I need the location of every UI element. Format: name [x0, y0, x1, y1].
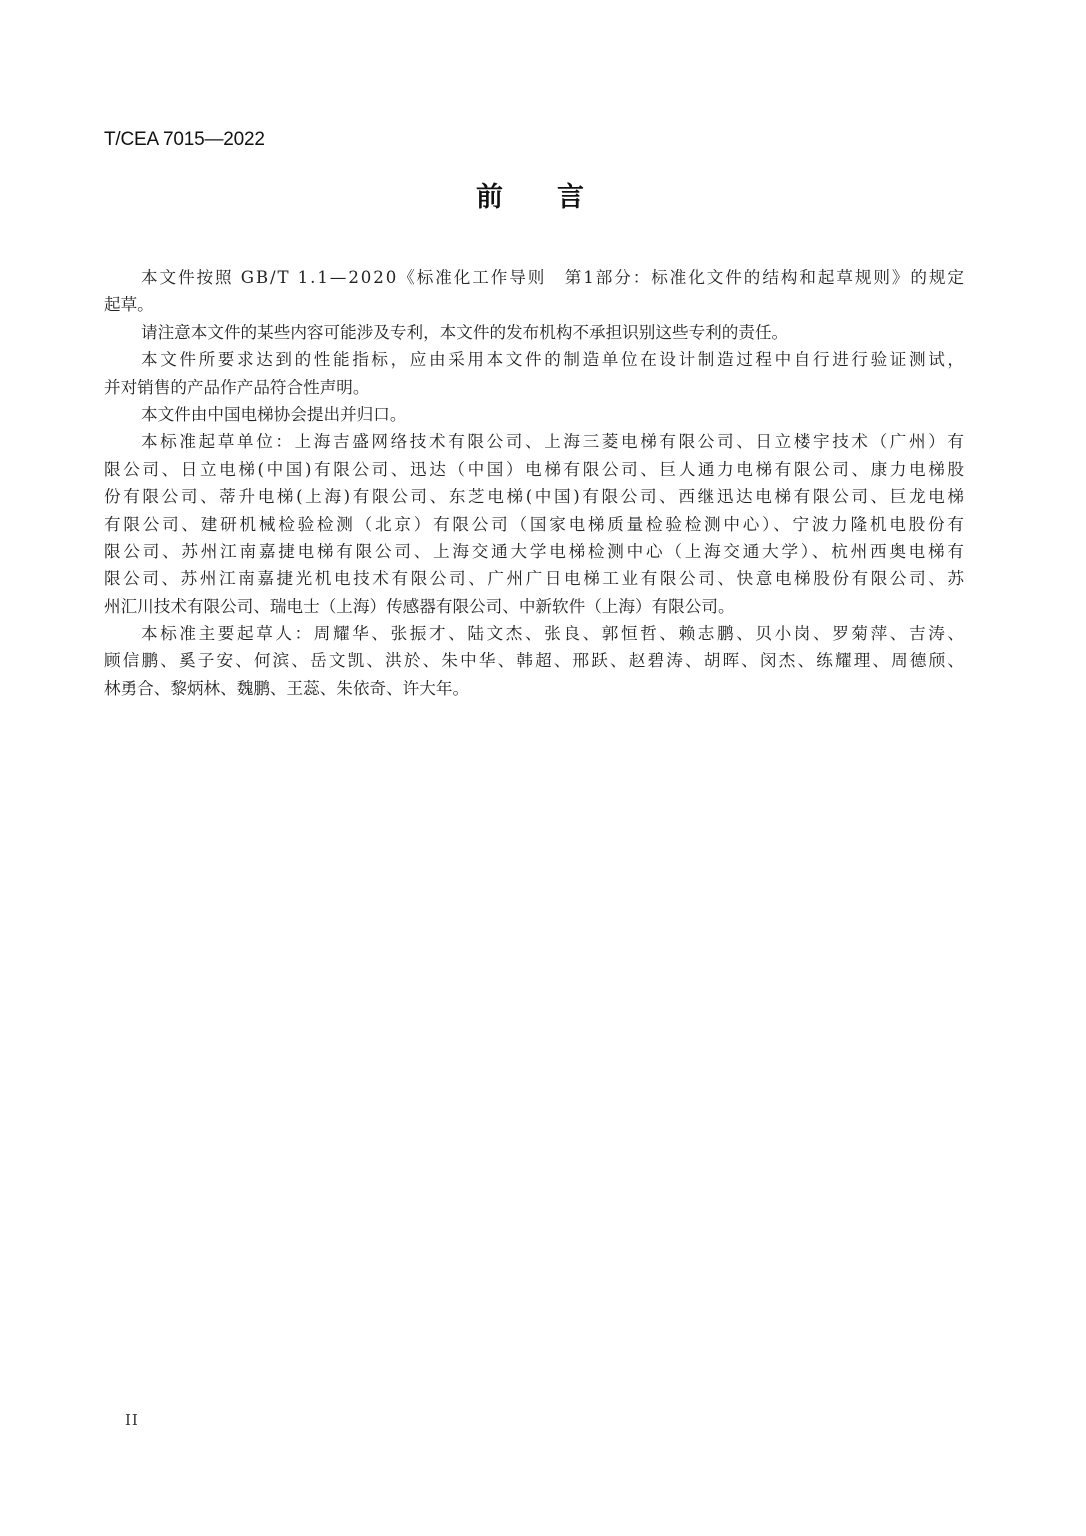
line-text: 起草。: [104, 291, 154, 318]
line-text: 本文件所要求达到的性能指标，应由采用本文件的制造单位在设计制造过程中自行进行验证…: [141, 346, 967, 373]
text-line: 本文件由中国电梯协会提出并归口。: [104, 401, 964, 428]
line-text: 请注意本文件的某些内容可能涉及专利，本文件的发布机构不承担识别这些专利的责任。: [141, 319, 788, 346]
text-line: 限公司、苏州江南嘉捷光机电技术有限公司、广州广日电梯工业有限公司、快意电梯股份有…: [104, 565, 964, 592]
text-line: 有限公司、建研机械检验检测（北京）有限公司（国家电梯质量检验检测中心）、宁波力隆…: [104, 511, 964, 538]
text-line: 份有限公司、蒂升电梯(上海)有限公司、东芝电梯(中国)有限公司、西继迅达电梯有限…: [104, 483, 964, 510]
line-text: 本文件按照 GB/T 1.1—2020《标准化工作导则 第1部分：标准化文件的结…: [141, 264, 966, 291]
line-text: 限公司、苏州江南嘉捷电梯有限公司、上海交通大学电梯检测中心（上海交通大学）、杭州…: [104, 538, 967, 565]
text-line: 林勇合、黎炳林、魏鹏、王蕊、朱依奇、许大年。: [104, 675, 964, 702]
paragraph-proposer: 本文件由中国电梯协会提出并归口。: [104, 401, 964, 428]
line-text: 限公司、苏州江南嘉捷光机电技术有限公司、广州广日电梯工业有限公司、快意电梯股份有…: [104, 565, 967, 592]
line-text: 份有限公司、蒂升电梯(上海)有限公司、东芝电梯(中国)有限公司、西继迅达电梯有限…: [104, 483, 967, 510]
paragraph-drafting-basis: 本文件按照 GB/T 1.1—2020《标准化工作导则 第1部分：标准化文件的结…: [104, 264, 964, 319]
text-line: 本文件按照 GB/T 1.1—2020《标准化工作导则 第1部分：标准化文件的结…: [104, 264, 964, 291]
line-text: 本文件由中国电梯协会提出并归口。: [141, 401, 407, 428]
text-line: 请注意本文件的某些内容可能涉及专利，本文件的发布机构不承担识别这些专利的责任。: [104, 319, 964, 346]
text-line: 限公司、苏州江南嘉捷电梯有限公司、上海交通大学电梯检测中心（上海交通大学）、杭州…: [104, 538, 964, 565]
line-text: 州汇川技术有限公司、瑞电士（上海）传感器有限公司、中新软件（上海）有限公司。: [104, 593, 735, 620]
line-text: 本标准起草单位：上海吉盛网络技术有限公司、上海三菱电梯有限公司、日立楼宇技术（广…: [141, 428, 967, 455]
foreword-body: 本文件按照 GB/T 1.1—2020《标准化工作导则 第1部分：标准化文件的结…: [104, 264, 964, 702]
line-text: 并对销售的产品作产品符合性声明。: [104, 374, 370, 401]
text-line: 本文件所要求达到的性能指标，应由采用本文件的制造单位在设计制造过程中自行进行验证…: [104, 346, 964, 373]
text-line: 限公司、日立电梯(中国)有限公司、迅达（中国）电梯有限公司、巨人通力电梯有限公司…: [104, 456, 964, 483]
standard-code: T/CEA 7015—2022: [104, 129, 265, 151]
document-page: T/CEA 7015—2022 前 言 本文件按照 GB/T 1.1—2020《…: [0, 0, 1086, 1536]
page-title: 前 言: [0, 175, 1060, 214]
text-line: 本标准起草单位：上海吉盛网络技术有限公司、上海三菱电梯有限公司、日立楼宇技术（广…: [104, 428, 964, 455]
paragraph-patent-notice: 请注意本文件的某些内容可能涉及专利，本文件的发布机构不承担识别这些专利的责任。: [104, 319, 964, 346]
line-text: 有限公司、建研机械检验检测（北京）有限公司（国家电梯质量检验检测中心）、宁波力隆…: [104, 511, 967, 538]
line-text: 林勇合、黎炳林、魏鹏、王蕊、朱依奇、许大年。: [104, 675, 469, 702]
text-line: 起草。: [104, 291, 964, 318]
paragraph-drafting-units: 本标准起草单位：上海吉盛网络技术有限公司、上海三菱电梯有限公司、日立楼宇技术（广…: [104, 428, 964, 620]
page-number: II: [125, 1411, 139, 1429]
line-text: 顾信鹏、奚子安、何滨、岳文凯、洪於、朱中华、韩超、邢跃、赵碧涛、胡晖、闵杰、练耀…: [104, 647, 966, 674]
line-text: 限公司、日立电梯(中国)有限公司、迅达（中国）电梯有限公司、巨人通力电梯有限公司…: [104, 456, 967, 483]
text-line: 州汇川技术有限公司、瑞电士（上海）传感器有限公司、中新软件（上海）有限公司。: [104, 593, 964, 620]
text-line: 顾信鹏、奚子安、何滨、岳文凯、洪於、朱中华、韩超、邢跃、赵碧涛、胡晖、闵杰、练耀…: [104, 647, 964, 674]
line-text: 本标准主要起草人：周耀华、张振才、陆文杰、张良、郭恒哲、赖志鹏、贝小岗、罗菊萍、…: [141, 620, 967, 647]
text-line: 并对销售的产品作产品符合性声明。: [104, 374, 964, 401]
text-line: 本标准主要起草人：周耀华、张振才、陆文杰、张良、郭恒哲、赖志鹏、贝小岗、罗菊萍、…: [104, 620, 964, 647]
paragraph-main-drafters: 本标准主要起草人：周耀华、张振才、陆文杰、张良、郭恒哲、赖志鹏、贝小岗、罗菊萍、…: [104, 620, 964, 702]
paragraph-performance-verification: 本文件所要求达到的性能指标，应由采用本文件的制造单位在设计制造过程中自行进行验证…: [104, 346, 964, 401]
